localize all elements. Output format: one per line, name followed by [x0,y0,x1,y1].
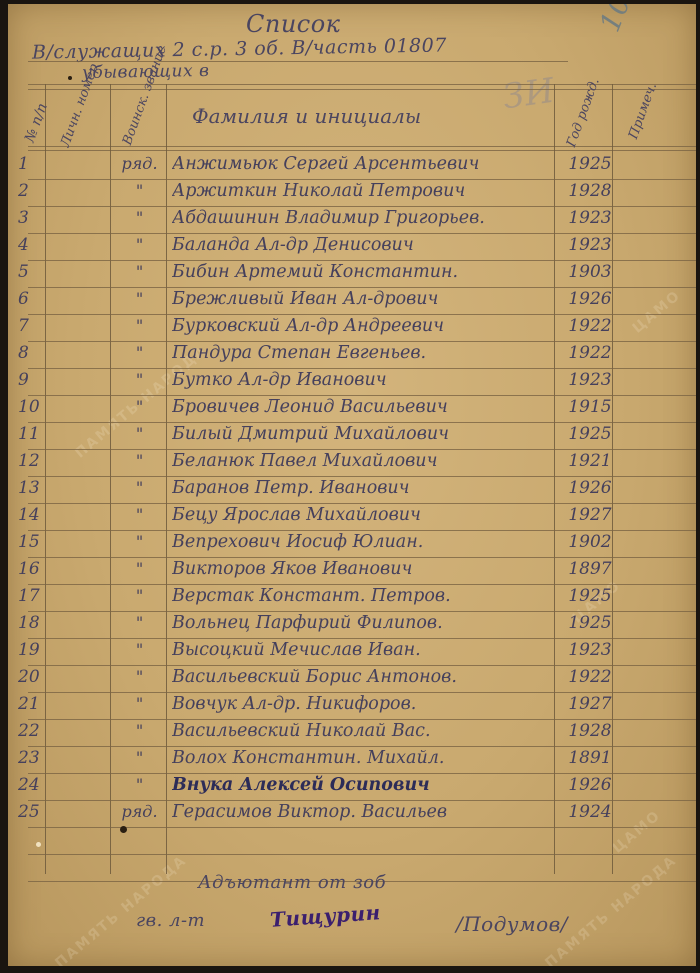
row-name: Викторов Яков Иванович [172,559,562,579]
row-year: 1928 [560,181,620,201]
table-row: 24"Внука Алексей Осипович1926 [8,773,696,800]
row-year: 1921 [560,451,620,471]
row-year: 1903 [560,262,620,282]
row-number: 22 [18,721,48,741]
row-year: 1926 [560,478,620,498]
header-bottom-rule [28,150,696,151]
row-number: 24 [18,775,48,795]
row-number: 25 [18,802,48,822]
row-year: 1927 [560,505,620,525]
row-name: Баранов Петр. Иванович [172,478,562,498]
table-row: 14"Бецу Ярослав Михайлович1927 [8,503,696,530]
row-number: 21 [18,694,48,714]
row-number: 15 [18,532,48,552]
table-row: 16"Викторов Яков Иванович1897 [8,557,696,584]
row-year: 1928 [560,721,620,741]
row-number: 23 [18,748,48,768]
row-number: 18 [18,613,48,633]
row-number: 3 [18,208,48,228]
row-name: Высоцкий Мечислав Иван. [172,640,562,660]
table-row: 25ряд.Герасимов Виктор. Васильев1924 [8,800,696,827]
row-number: 17 [18,586,48,606]
underline-rule [28,61,568,62]
row-name: Верстак Констант. Петров. [172,586,562,606]
row-year: 1925 [560,424,620,444]
document-subtitle: В/служащих 2 с.р. 3 об. В/часть 01807 [32,34,447,63]
handwritten-signature: Тищурин [269,900,381,932]
row-number: 13 [18,478,48,498]
row-year: 1925 [560,154,620,174]
row-name: Абдашинин Владимир Григорьев. [172,208,562,228]
faded-annotation: ЗИ [500,71,557,118]
row-number: 10 [18,397,48,417]
table-row: 19"Высоцкий Мечислав Иван.1923 [8,638,696,665]
row-name: Беланюк Павел Михайлович [172,451,562,471]
ink-blot [68,76,72,80]
table-row: 20"Васильевский Борис Антонов.1922 [8,665,696,692]
row-rank: " [112,451,167,470]
row-year: 1924 [560,802,620,822]
row-year: 1902 [560,532,620,552]
header-personal-number: Личн. номер [58,62,102,149]
row-name: Вовчук Ал-др. Никифоров. [172,694,562,714]
row-rank: " [112,424,167,443]
row-year: 1923 [560,640,620,660]
row-name: Герасимов Виктор. Васильев [172,802,562,822]
row-rank: " [112,289,167,308]
row-number: 2 [18,181,48,201]
row-name: Волох Константин. Михайл. [172,748,562,768]
row-number: 14 [18,505,48,525]
row-name: Бровичев Леонид Васильевич [172,397,562,417]
table-row: 21"Вовчук Ал-др. Никифоров.1927 [8,692,696,719]
row-number: 8 [18,343,48,363]
row-year: 1922 [560,316,620,336]
row-number: 12 [18,451,48,471]
row-year: 1922 [560,343,620,363]
row-year: 1891 [560,748,620,768]
table-row: 17"Верстак Констант. Петров.1925 [8,584,696,611]
row-number: 5 [18,262,48,282]
row-name: Внука Алексей Осипович [172,775,562,795]
document-title: Список [246,10,341,38]
row-name: Бибин Артемий Константин. [172,262,562,282]
row-rank: " [112,208,167,227]
row-name: Баланда Ал-др Денисович [172,235,562,255]
row-rank: " [112,613,167,632]
row-name: Анжимьюк Сергей Арсентьевич [172,154,562,174]
row-name: Бурковский Ал-др Андреевич [172,316,562,336]
table-row: 18"Вольнец Парфирий Филипов.1925 [8,611,696,638]
row-name: Вольнец Парфирий Филипов. [172,613,562,633]
table-row: 8"Пандура Степан Евгеньев.1922 [8,341,696,368]
row-rank: " [112,316,167,335]
row-year: 1926 [560,775,620,795]
row-year: 1915 [560,397,620,417]
row-number: 6 [18,289,48,309]
row-year: 1925 [560,586,620,606]
header-name: Фамилия и инициалы [192,104,421,128]
row-name: Васильевский Николай Вас. [172,721,562,741]
row-rank: " [112,478,167,497]
row-rank: " [112,343,167,362]
header-year: Год рожд. [564,76,603,149]
row-name: Васильевский Борис Антонов. [172,667,562,687]
row-name: Бутко Ал-др Иванович [172,370,562,390]
paper-hole [36,842,41,847]
table-row: 7"Бурковский Ал-др Андреевич1922 [8,314,696,341]
row-number: 9 [18,370,48,390]
row-number: 16 [18,559,48,579]
row-rank: " [112,532,167,551]
row-year: 1927 [560,694,620,714]
row-name: Бецу Ярослав Михайлович [172,505,562,525]
row-year: 1923 [560,208,620,228]
row-number: 19 [18,640,48,660]
row-rank: " [112,640,167,659]
table-row: 15"Вепрехович Иосиф Юлиан.1902 [8,530,696,557]
row-rank: " [112,397,167,416]
table-row: 12"Беланюк Павел Михайлович1921 [8,449,696,476]
signature-rank: гв. л-т [136,910,205,931]
table-row: 1ряд.Анжимьюк Сергей Арсентьевич1925 [8,152,696,179]
table-row: 5"Бибин Артемий Константин.1903 [8,260,696,287]
table-row: 2"Аржиткин Николай Петрович1928 [8,179,696,206]
signatory-name: /Подумов/ [456,912,568,936]
row-number: 20 [18,667,48,687]
table-row: 6"Брежливый Иван Ал-дрович1926 [8,287,696,314]
row-number: 11 [18,424,48,444]
row-rank: " [112,181,167,200]
row-year: 1923 [560,235,620,255]
table-row: 13"Баранов Петр. Иванович1926 [8,476,696,503]
row-number: 7 [18,316,48,336]
row-rank: " [112,694,167,713]
row-rank: ряд. [112,154,167,173]
row-rank: " [112,505,167,524]
row-rank: ряд. [112,802,167,821]
row-rank: " [112,721,167,740]
table-row: 9"Бутко Ал-др Иванович1923 [8,368,696,395]
table-row: 4"Баланда Ал-др Денисович1923 [8,233,696,260]
row-rank: " [112,370,167,389]
row-name: Пандура Степан Евгеньев. [172,343,562,363]
row-rank: " [112,586,167,605]
row-name: Билый Дмитрий Михайлович [172,424,562,444]
row-rank: " [112,559,167,578]
row-year: 1923 [560,370,620,390]
row-number: 1 [18,154,48,174]
row-rank: " [112,748,167,767]
row-rank: " [112,667,167,686]
header-bottom-rule [28,146,696,147]
row-rank: " [112,262,167,281]
document-page: ПАМЯТЬ НАРОДА ПАМЯТЬ НАРОДА ПАМЯТЬ НАРОД… [8,4,696,966]
row-year: 1922 [560,667,620,687]
row-year: 1926 [560,289,620,309]
row-name: Аржиткин Николай Петрович [172,181,562,201]
row-number: 4 [18,235,48,255]
row-name: Брежливый Иван Ал-дрович [172,289,562,309]
row-year: 1925 [560,613,620,633]
row-rank: " [112,235,167,254]
row-name: Вепрехович Иосиф Юлиан. [172,532,562,552]
header-num: № п/п [22,101,51,144]
table-row: 10"Бровичев Леонид Васильевич1915 [8,395,696,422]
row-rank: " [112,775,167,794]
archive-number: 1082 [593,4,651,36]
ink-blot [120,826,127,833]
row-rule [28,827,696,828]
table-row: 3"Абдашинин Владимир Григорьев.1923 [8,206,696,233]
row-rule [28,854,696,855]
table-row: 11"Билый Дмитрий Михайлович1925 [8,422,696,449]
row-year: 1897 [560,559,620,579]
table-row: 23"Волох Константин. Михайл.1891 [8,746,696,773]
signature-title: Адъютант от зоб [198,872,386,893]
table-row: 22"Васильевский Николай Вас.1928 [8,719,696,746]
